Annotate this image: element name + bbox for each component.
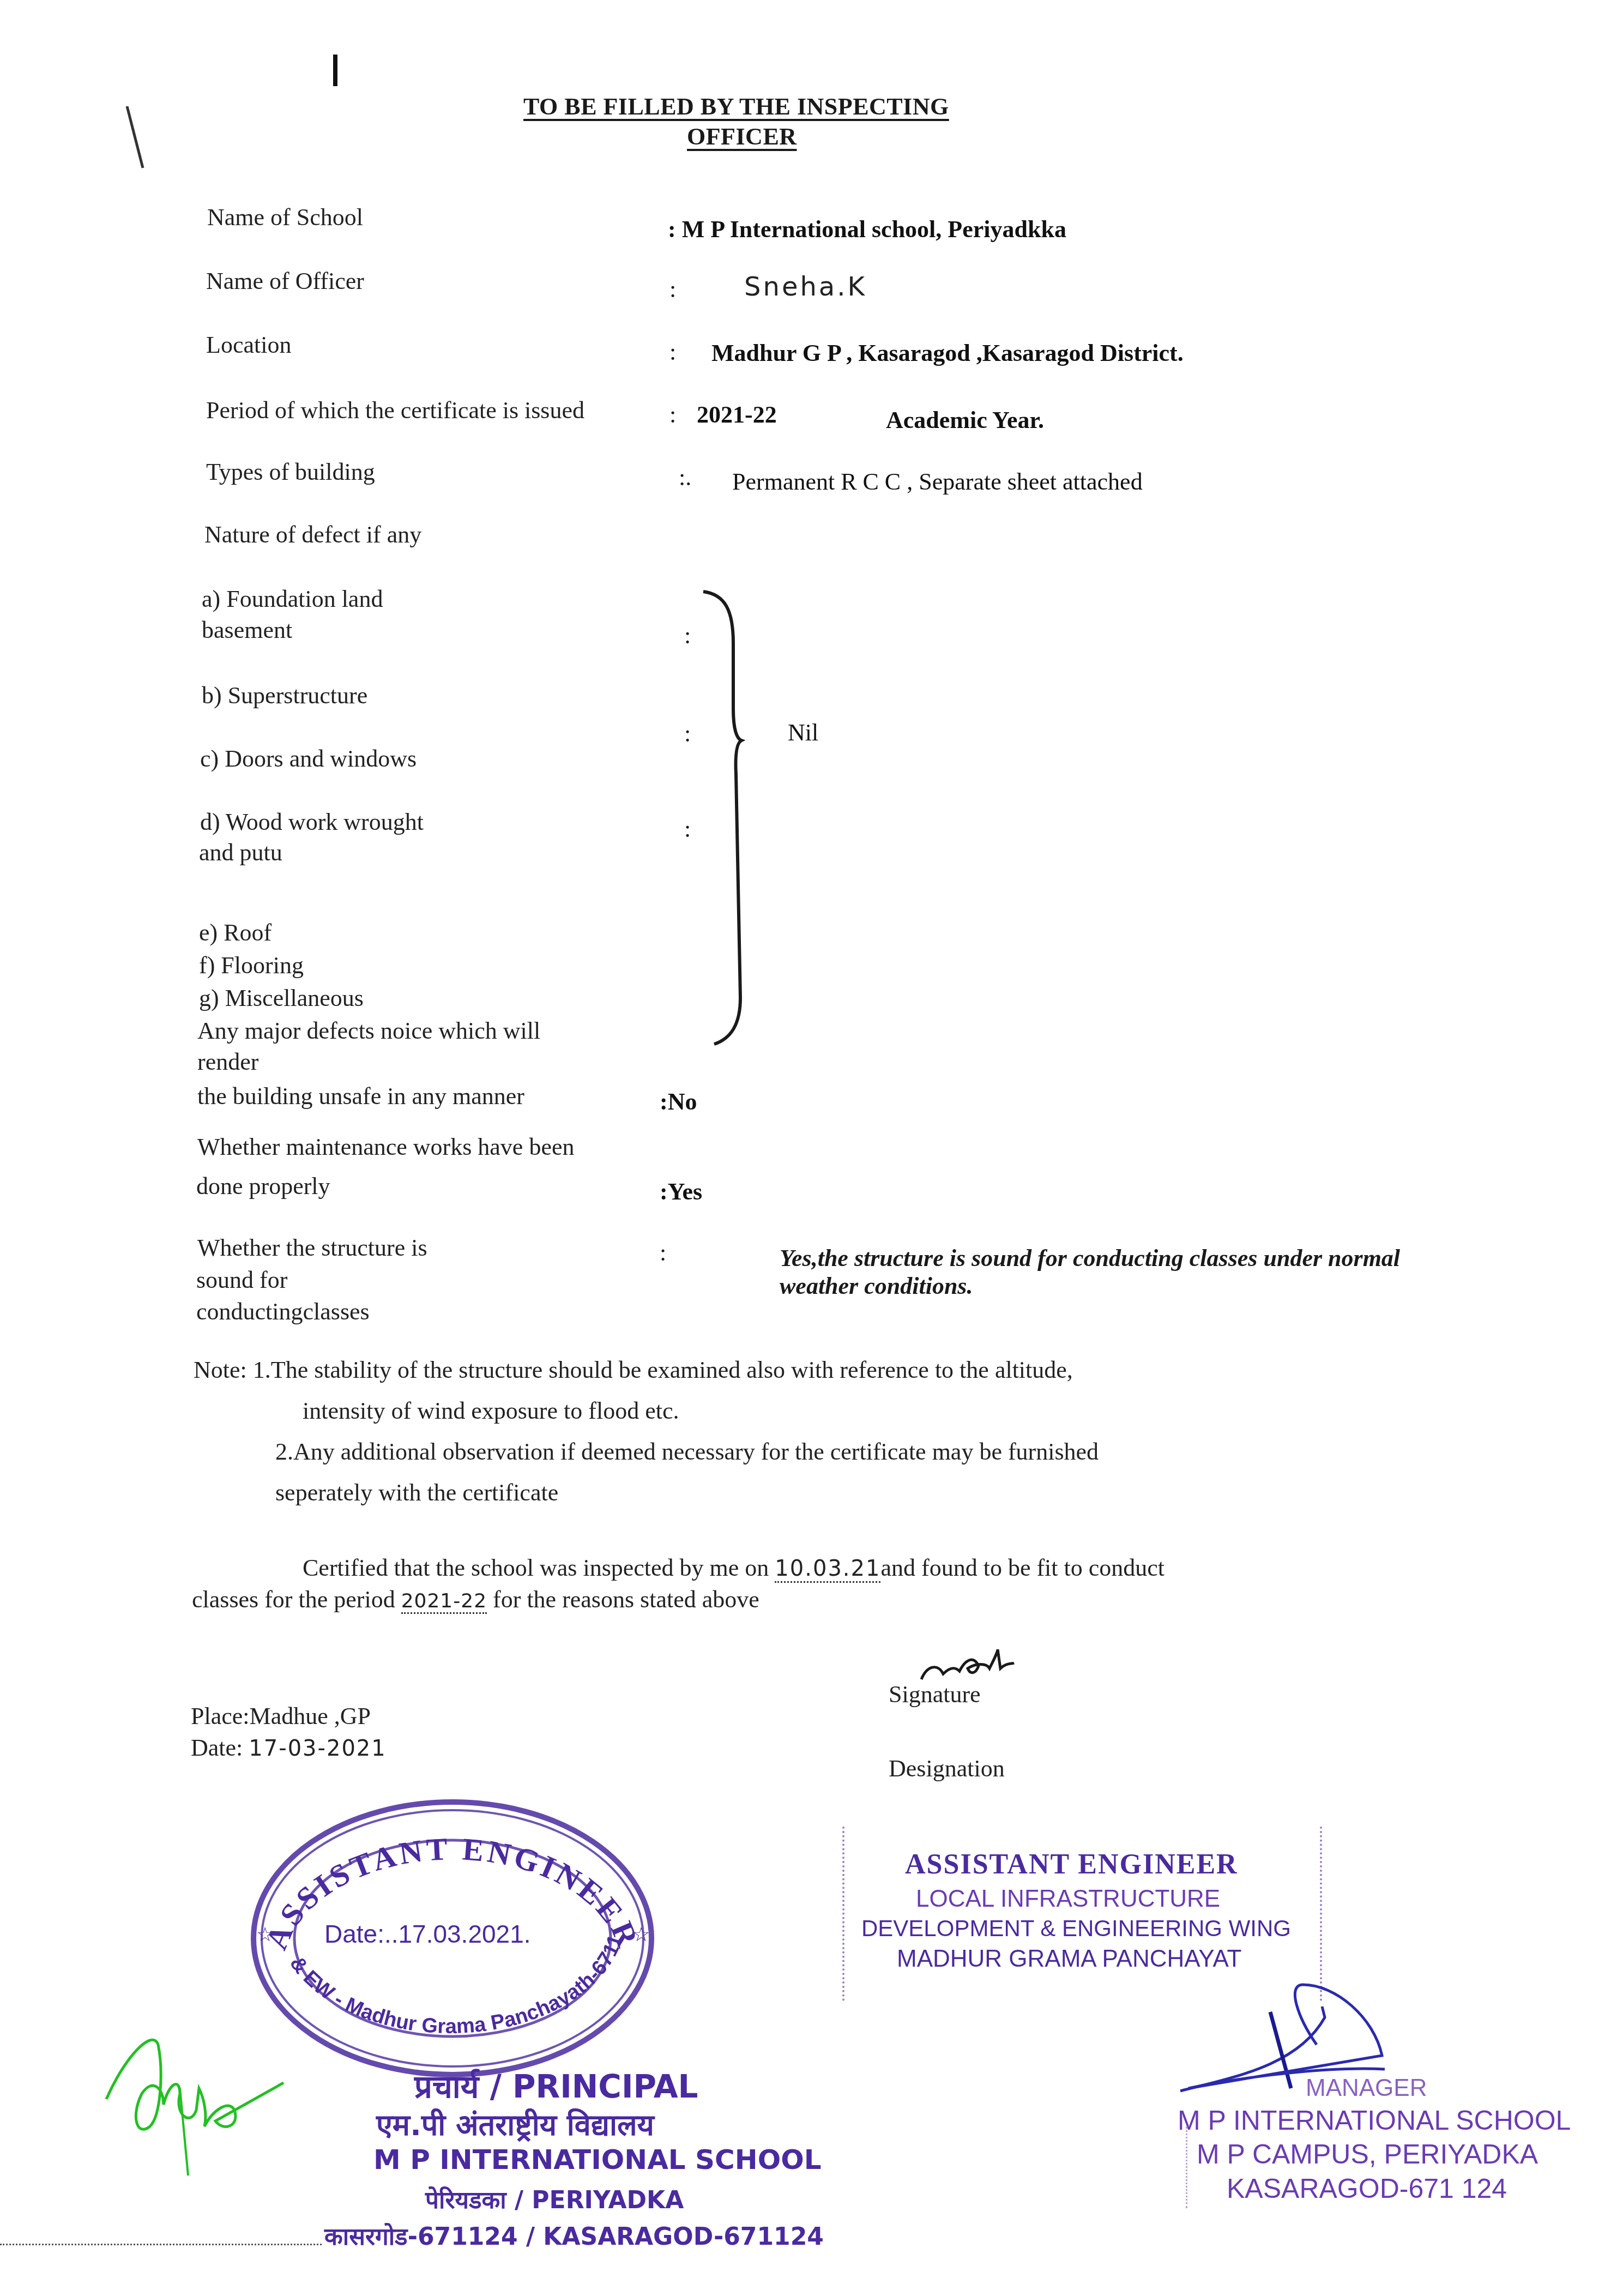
manager-stamp-border [1186, 2126, 1187, 2208]
manager-signature-icon [0, 0, 1623, 2296]
manager-stamp-line1: MANAGER [1306, 2075, 1427, 2102]
manager-stamp-line4: KASARAGOD-671 124 [1227, 2173, 1507, 2204]
manager-stamp-line2: M P INTERNATIONAL SCHOOL [1178, 2105, 1571, 2136]
manager-stamp-line3: M P CAMPUS, PERIYADKA [1197, 2138, 1538, 2170]
